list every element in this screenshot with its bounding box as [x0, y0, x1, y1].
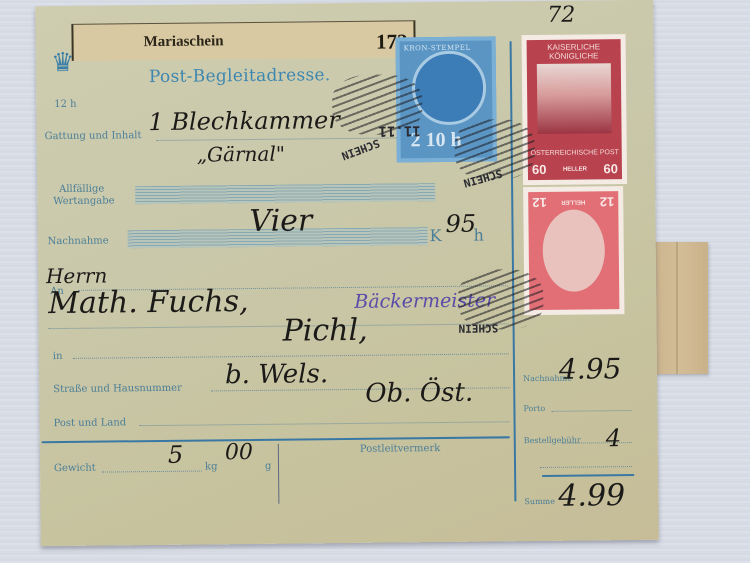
salutation: Herrn — [46, 264, 108, 289]
recipient-dotline-2 — [49, 323, 509, 329]
region-value: Ob. Öst. — [365, 378, 473, 409]
stamp-60-heller: KAISERLICHE KÖNIGLICHE ÖSTERREICHISCHE P… — [522, 34, 628, 185]
office-name: Mariaschein — [143, 33, 223, 51]
postage-dotline — [551, 410, 631, 412]
weight-dotline — [102, 471, 202, 473]
weight-divider — [278, 444, 280, 504]
street-value: b. Wels. — [225, 359, 328, 390]
cod-currency-h: h — [474, 230, 484, 242]
postmark-date-1: 11.11 — [378, 122, 420, 138]
stamp-12-value-left: 12 — [600, 194, 615, 209]
stamp-60-unit: HELLER — [563, 166, 587, 172]
weight-g-unit: g — [265, 461, 272, 473]
cod-heller-value: 95 — [445, 210, 476, 238]
value-band — [135, 183, 435, 204]
parcel-card: ♛ 12 h Mariaschein 172 Post-Begleitadres… — [35, 0, 659, 546]
value-label-1: Allfällige — [59, 184, 104, 196]
stamp-60-bottom-text: ÖSTERREICHISCHE POST — [528, 149, 622, 158]
delivery-dotline — [562, 442, 632, 444]
post-country-label: Post und Land — [54, 417, 127, 430]
post-country-dotline — [140, 421, 510, 426]
stamp-12-value-right: 12 — [532, 195, 547, 210]
contents-label: Gattung und Inhalt — [44, 130, 141, 143]
town-dotline — [73, 353, 509, 359]
sum-rule — [542, 474, 634, 477]
contents-value-1: 1 Blechkammer — [148, 106, 340, 136]
routing-label: Postleitvermerk — [360, 443, 441, 456]
fee-delivery-label: Bestellgebühr — [524, 435, 558, 447]
contents-dotline — [157, 137, 397, 141]
fee-cod-label: Nachnahme — [523, 373, 553, 385]
fee-delivery-value: 4 — [606, 424, 622, 452]
weight-kg-value: 5 — [168, 441, 184, 469]
extra-dotline — [540, 466, 632, 468]
office-label-strip: Mariaschein 172 — [71, 20, 415, 61]
postmark-town-3: SCHEIN — [459, 321, 499, 334]
weight-kg-unit: kg — [205, 461, 218, 473]
emperor-portrait-icon — [542, 209, 605, 292]
in-label: in — [53, 351, 63, 363]
fee-total-value: 4.99 — [558, 478, 625, 514]
fee-cod-value: 4.95 — [559, 352, 622, 386]
crown-portrait-icon — [412, 51, 487, 126]
corner-note: 72 — [547, 3, 575, 28]
street-label: Straße und Hausnummer — [53, 383, 182, 396]
stamp-60-value-left: 60 — [532, 162, 547, 177]
stamp-60-top-text: KAISERLICHE KÖNIGLICHE — [527, 42, 621, 61]
weight-g-value: 00 — [225, 440, 253, 465]
postmark-town-1: SCHEIN — [340, 136, 382, 162]
stamp-12-unit: HELLER — [561, 199, 585, 205]
stamp-60-value-right: 60 — [603, 161, 618, 176]
fee-total-label: Summe — [524, 496, 555, 508]
contents-value-2: „Gärnal" — [197, 142, 285, 167]
fee-postage-label: Porto — [523, 403, 545, 415]
revenue-stamp-legend: KRON-STEMPEL — [404, 44, 471, 53]
postmark-cancel-3 — [458, 269, 544, 330]
cod-label: Nachnahme — [48, 235, 109, 248]
town-value: Pichl, — [282, 313, 367, 349]
weight-label: Gewicht — [54, 463, 96, 475]
recipient-name: Math. Fuchs, — [48, 284, 249, 321]
cod-currency-k: K — [430, 230, 442, 242]
attached-paper-tab — [652, 242, 708, 374]
tab-fold — [676, 242, 678, 374]
cod-value-words: Vier — [249, 203, 312, 239]
form-price: 12 h — [54, 99, 76, 110]
document-title: Post-Begleitadresse. — [149, 65, 331, 87]
horseman-portrait-icon — [537, 63, 612, 134]
value-label-2: Wertangabe — [53, 195, 114, 208]
